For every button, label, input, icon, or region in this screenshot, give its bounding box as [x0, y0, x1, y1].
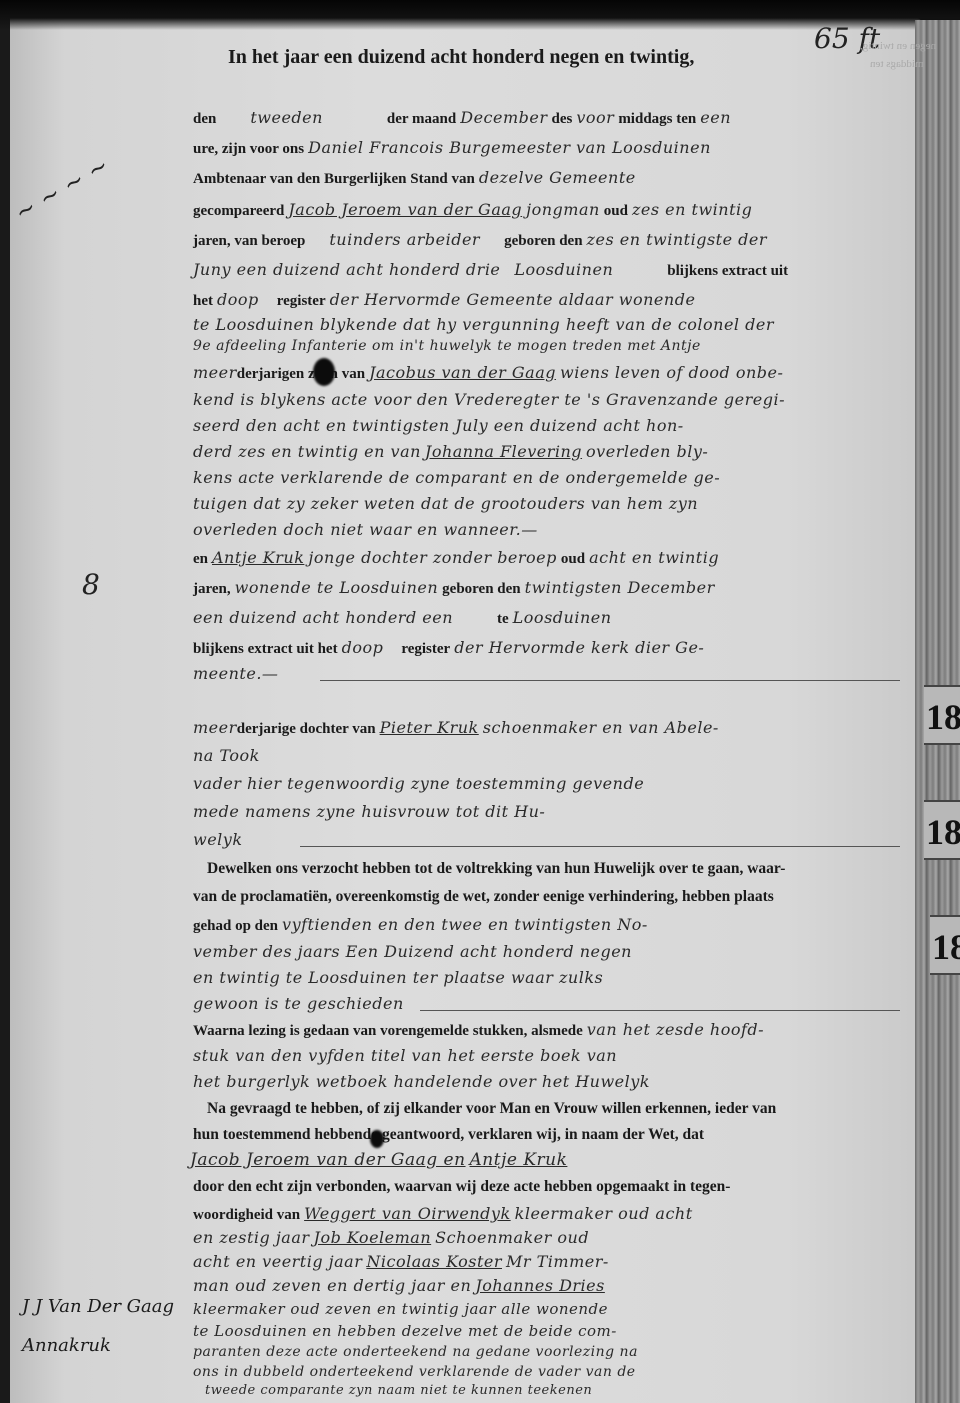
hand-text: jongman [526, 200, 600, 219]
couple-groom: Jacob Jeroem van der Gaag en [190, 1150, 466, 1170]
margin-number: 8 [82, 568, 100, 601]
hand-place: Loosduinen [514, 260, 613, 279]
register-line: het doop register der Hervormde Gemeente… [193, 290, 695, 310]
printed-text: gecompareerd [193, 203, 284, 219]
bride-parents-line: meerderjarige dochter van Pieter Kruk sc… [193, 718, 719, 738]
printed-des: des [552, 111, 573, 127]
groom-name: Jacob Jeroem van der Gaag [288, 200, 522, 219]
hand-text: wiens leven of dood onbe- [560, 363, 783, 382]
year-tab-3[interactable]: 18 [930, 915, 960, 975]
printed-text: het [193, 293, 213, 309]
hand-line: het burgerlyk wetboek handelende over he… [193, 1072, 650, 1091]
hand-text: meer [193, 718, 237, 737]
bleed-text: negen en twintig, [860, 40, 936, 52]
hand-line: kend is blykens acte voor den Vrederegte… [193, 390, 785, 409]
year-tab-2[interactable]: 183 [924, 800, 960, 860]
printed-line: Dewelken ons verzocht hebben tot de volt… [207, 860, 785, 878]
hand-voor: voor [576, 108, 614, 127]
birth-line: Juny een duizend acht honderd drie Loosd… [193, 260, 788, 280]
hand-text: zes en twintigste der [587, 230, 767, 249]
hand-text: kleermaker oud acht [515, 1204, 693, 1223]
printed-text: Waarna lezing is gedaan van vorengemelde… [193, 1023, 583, 1039]
hand-line: en twintig te Loosduinen ter plaatse waa… [193, 968, 603, 987]
ink-blot [370, 1130, 384, 1148]
couple-line: Jacob Jeroem van der Gaag en Antje Kruk [190, 1150, 567, 1170]
printed-text: Ambtenaar van den Burgerlijken Stand van [193, 171, 475, 187]
printed-text: en [193, 551, 208, 567]
printed-der-maand: der maand [387, 111, 456, 127]
hand-line: 9e afdeeling Infanterie om in't huwelyk … [193, 338, 701, 354]
hand-line: welyk [193, 830, 243, 849]
printed-text: derjarige dochter van [237, 721, 376, 737]
fill-rule [420, 1010, 900, 1011]
official-line: ure, zijn voor ons Daniel Francois Burge… [193, 138, 711, 158]
occupation-line: jaren, van beroep tuinders arbeider gebo… [193, 230, 767, 250]
hand-text: Loosduinen [513, 608, 612, 627]
witness-line: acht en veertig jaar Nicolaas Koster Mr … [193, 1252, 609, 1272]
hand-text: doop [342, 638, 384, 657]
hand-line: te Loosduinen blykende dat hy vergunning… [193, 315, 774, 334]
hand-text: der Hervormde kerk dier Ge- [454, 638, 704, 657]
witness-line: woordigheid van Weggert van Oirwendyk kl… [193, 1204, 693, 1224]
hand-day: tweeden [250, 108, 323, 127]
printed-text: jaren, van beroep [193, 233, 305, 249]
hand-line: mede namens zyne huisvrouw tot dit Hu- [193, 802, 545, 821]
groom-line: gecompareerd Jacob Jeroem van der Gaag j… [193, 200, 752, 220]
printed-line: door den echt zijn verbonden, waarvan wi… [193, 1178, 730, 1196]
printed-line: hun toestemmend hebbende geantwoord, ver… [193, 1126, 704, 1144]
printed-text: geboren den [442, 581, 520, 597]
printed-text: geboren den [504, 233, 582, 249]
heading-line: In het jaar een duizend acht honderd neg… [228, 46, 694, 69]
reading-line: Waarna lezing is gedaan van vorengemelde… [193, 1020, 764, 1040]
signature-groom: J J Van Der Gaag [22, 1296, 174, 1317]
groom-father-name: Jacobus van der Gaag [369, 363, 556, 382]
printed-den: den [193, 111, 216, 127]
printed-line: van de proclamatiën, overeenkomstig de w… [193, 888, 774, 906]
hand-text: doop [217, 290, 259, 309]
hand-text: van het zesde hoofd- [587, 1020, 764, 1039]
bride-age: acht en twintig [589, 548, 719, 567]
witness-line: man oud zeven en dertig jaar en Johannes… [193, 1276, 605, 1296]
hand-line: paranten deze acte onderteekend na gedan… [193, 1344, 638, 1360]
hand-text: vyftienden en den twee en twintigsten No… [282, 915, 648, 934]
date-line: den tweeden der maand December des voor … [193, 108, 731, 128]
printed-text: gehad op den [193, 918, 278, 934]
printed-text: blijkens extract uit het [193, 641, 338, 657]
hand-line: te Loosduinen en hebben dezelve met de b… [193, 1322, 617, 1340]
groom-mother-name: Johanna Flevering [425, 442, 582, 461]
hand-text: schoenmaker en van Abele- [483, 718, 719, 737]
heading-text: In het jaar een duizend acht honderd neg… [228, 46, 694, 68]
hand-line: na Took [193, 746, 260, 765]
hand-official-name: Daniel Francois Burgemeester van Loosdui… [308, 138, 711, 157]
signature-bride: Annakruk [22, 1335, 111, 1356]
hand-line: gewoon is te geschieden [193, 994, 404, 1013]
bleed-text: middags ten [870, 58, 923, 70]
printed-text: register [401, 641, 450, 657]
mother-line: derd zes en twintig en van Johanna Fleve… [193, 442, 708, 462]
proclamation-line: gehad op den vyftienden en den twee en t… [193, 915, 648, 935]
hand-text: jonge dochter zonder beroep [308, 548, 556, 567]
hand-text: Schoenmaker oud [435, 1228, 589, 1247]
fill-rule [300, 846, 900, 847]
printed-text: oud [604, 203, 628, 219]
witness-1-name: Weggert van Oirwendyk [304, 1204, 511, 1223]
hand-line: vader hier tegenwoordig zyne toestemming… [193, 774, 644, 793]
hand-hour: een [700, 108, 731, 127]
printed-text: blijkens extract uit [667, 263, 788, 279]
groom-occupation: tuinders arbeider [329, 230, 480, 249]
printed-text: register [277, 293, 326, 309]
bride-residence-line: jaren, wonende te Loosduinen geboren den… [193, 578, 715, 598]
witness-3-name: Nicolaas Koster [366, 1252, 502, 1271]
hand-line: tweede comparante zyn naam niet te kunne… [205, 1383, 592, 1398]
hand-text: wonende te Loosduinen [235, 578, 439, 597]
father-line: meerderjarigen zoon van Jacobus van der … [193, 363, 783, 383]
bride-father-name: Pieter Kruk [380, 718, 479, 737]
hand-text: der Hervormde Gemeente aldaar wonende [330, 290, 696, 309]
hand-text: meer [193, 363, 237, 382]
hand-month: December [460, 108, 547, 127]
fill-rule [320, 680, 900, 681]
hand-line: kleermaker oud zeven en twintig jaar all… [193, 1300, 608, 1318]
couple-bride: Antje Kruk [470, 1150, 568, 1170]
printed-text: woordigheid van [193, 1207, 300, 1223]
hand-text: derd zes en twintig en van [193, 442, 421, 461]
page-left-edge [0, 0, 10, 1403]
hand-text: dezelve Gemeente [479, 168, 636, 187]
bride-birth-line: een duizend acht honderd een te Loosduin… [193, 608, 612, 628]
hand-text: overleden bly- [586, 442, 708, 461]
hand-line: vember des jaars Een Duizend acht honder… [193, 942, 632, 961]
hand-text: Juny een duizend acht honderd drie [193, 260, 500, 279]
hand-text: man oud zeven en dertig jaar en [193, 1276, 471, 1295]
hand-text: Mr Timmer- [506, 1252, 609, 1271]
hand-line: overleden doch niet waar en wanneer.— [193, 520, 538, 539]
printed-text: te [497, 611, 509, 627]
hand-text: acht en veertig jaar [193, 1252, 362, 1271]
hand-line: ons in dubbeld onderteekend verklarende … [193, 1364, 636, 1380]
printed-text: derjarigen zoon van [237, 366, 365, 382]
hand-line: stuk van den vyfden titel van het eerste… [193, 1046, 617, 1065]
groom-age: zes en twintig [632, 200, 752, 219]
bride-name: Antje Kruk [212, 548, 304, 567]
hand-line: seerd den acht en twintigsten July een d… [193, 416, 684, 435]
printed-middags: middags ten [618, 111, 696, 127]
witness-line: en zestig jaar Job Koeleman Schoenmaker … [193, 1228, 589, 1248]
printed-text: ure, zijn voor ons [193, 141, 304, 157]
bride-line: en Antje Kruk jonge dochter zonder beroe… [193, 548, 719, 568]
printed-text: oud [561, 551, 585, 567]
printed-text: jaren, [193, 581, 231, 597]
hand-line: meente.— [193, 664, 278, 683]
printed-line: Na gevraagd te hebben, of zij elkander v… [207, 1100, 776, 1118]
witness-2-name: Job Koeleman [314, 1228, 432, 1247]
hand-text: twintigsten December [525, 578, 715, 597]
witness-4-name: Johannes Dries [475, 1276, 605, 1295]
bride-register-line: blijkens extract uit het doop register d… [193, 638, 704, 658]
hand-text: en zestig jaar [193, 1228, 310, 1247]
ink-blot [313, 358, 335, 386]
year-tab-1[interactable]: 182 [924, 685, 960, 745]
hand-line: tuigen dat zy zeker weten dat de grootou… [193, 494, 698, 513]
hand-line: kens acte verklarende de comparant en de… [193, 468, 720, 487]
registrar-line: Ambtenaar van den Burgerlijken Stand van… [193, 168, 636, 188]
hand-text: een duizend acht honderd een [193, 608, 453, 627]
